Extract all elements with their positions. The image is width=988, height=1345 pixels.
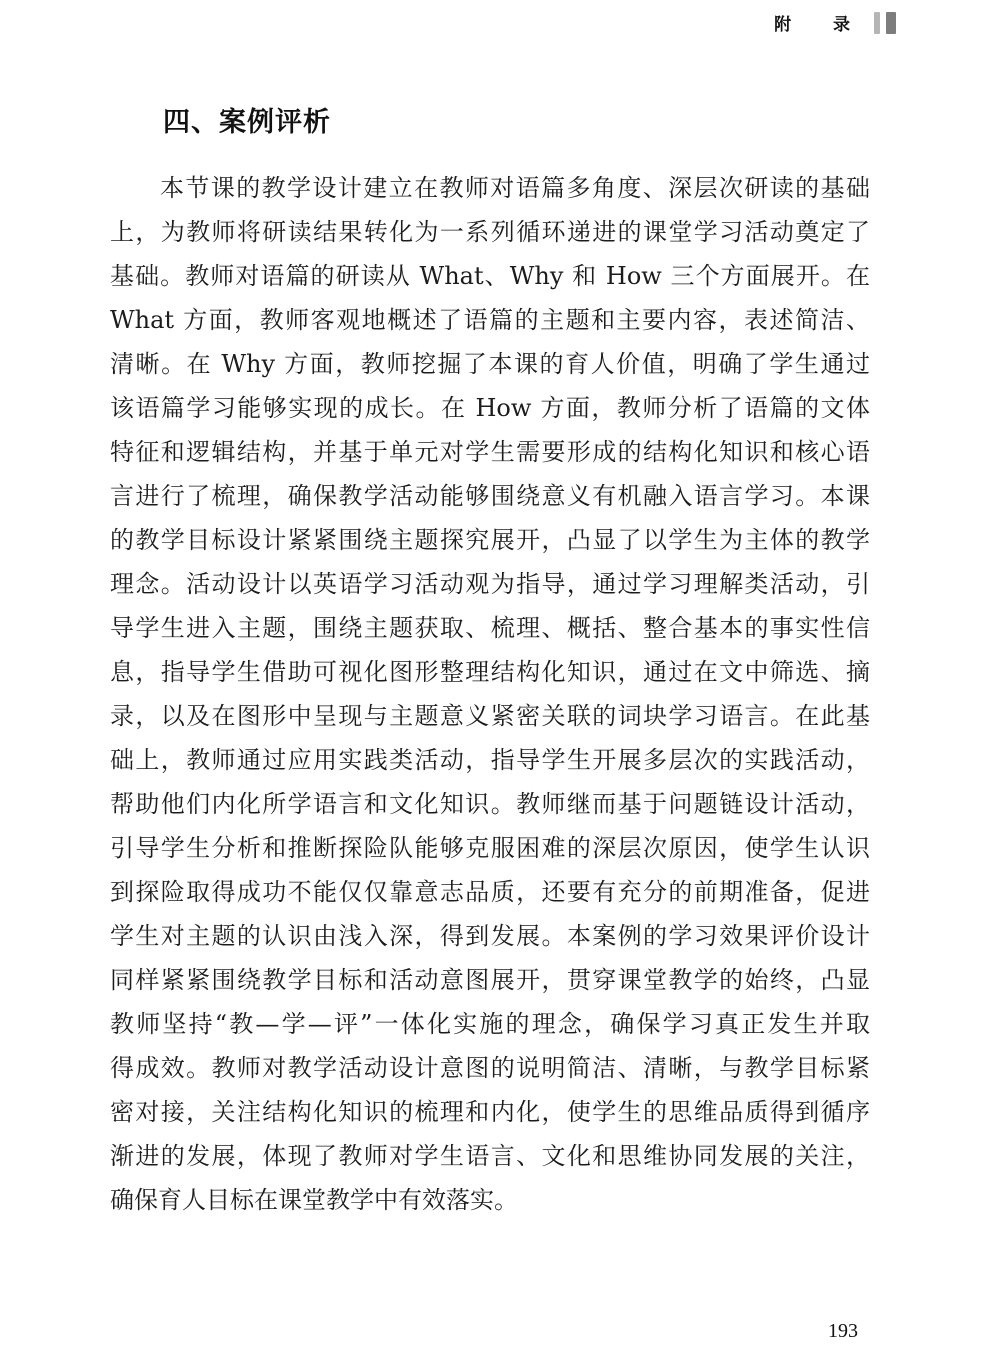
paragraph-line: 导学生进入主题，围绕主题获取、梳理、概括、整合基本的事实性信: [110, 606, 870, 650]
paragraph-line: 本节课的教学设计建立在教师对语篇多角度、深层次研读的基础: [110, 166, 870, 210]
section-title: 四、案例评析: [163, 100, 331, 139]
body-paragraph: 本节课的教学设计建立在教师对语篇多角度、深层次研读的基础 上，为教师将研读结果转…: [110, 166, 870, 1222]
paragraph-line: 帮助他们内化所学语言和文化知识。教师继而基于问题链设计活动，: [110, 782, 870, 826]
paragraph-line: 同样紧紧围绕教学目标和活动意图展开，贯穿课堂教学的始终，凸显: [110, 958, 870, 1002]
paragraph-line: 教师坚持“教—学—评”一体化实施的理念，确保学习真正发生并取: [110, 1002, 870, 1046]
paragraph-line: 清晰。在 Why 方面，教师挖掘了本课的育人价值，明确了学生通过: [110, 342, 870, 386]
page-number: 193: [828, 1320, 858, 1343]
paragraph-line: 确保育人目标在课堂教学中有效落实。: [110, 1178, 870, 1222]
paragraph-line: 该语篇学习能够实现的成长。在 How 方面，教师分析了语篇的文体: [110, 386, 870, 430]
paragraph-line: 基础。教师对语篇的研读从 What、Why 和 How 三个方面展开。在: [110, 254, 870, 298]
paragraph-line: What 方面，教师客观地概述了语篇的主题和主要内容，表述简洁、: [110, 298, 870, 342]
paragraph-line: 础上，教师通过应用实践类活动，指导学生开展多层次的实践活动，: [110, 738, 870, 782]
paragraph-line: 得成效。教师对教学活动设计意图的说明简洁、清晰，与教学目标紧: [110, 1046, 870, 1090]
running-header-title: 附 录: [774, 10, 868, 35]
paragraph-line: 言进行了梳理，确保教学活动能够围绕意义有机融入语言学习。本课: [110, 474, 870, 518]
header-bar-decoration-light: [874, 12, 880, 34]
paragraph-line: 上，为教师将研读结果转化为一系列循环递进的课堂学习活动奠定了: [110, 210, 870, 254]
paragraph-line: 学生对主题的认识由浅入深，得到发展。本案例的学习效果评价设计: [110, 914, 870, 958]
paragraph-line: 理念。活动设计以英语学习活动观为指导，通过学习理解类活动，引: [110, 562, 870, 606]
paragraph-line: 特征和逻辑结构，并基于单元对学生需要形成的结构化知识和核心语: [110, 430, 870, 474]
header-bar-decoration-dark: [886, 12, 896, 34]
paragraph-line: 的教学目标设计紧紧围绕主题探究展开，凸显了以学生为主体的教学: [110, 518, 870, 562]
paragraph-line: 到探险取得成功不能仅仅靠意志品质，还要有充分的前期准备，促进: [110, 870, 870, 914]
paragraph-line: 密对接，关注结构化知识的梳理和内化，使学生的思维品质得到循序: [110, 1090, 870, 1134]
paragraph-line: 引导学生分析和推断探险队能够克服困难的深层次原因，使学生认识: [110, 826, 870, 870]
paragraph-line: 录，以及在图形中呈现与主题意义紧密关联的词块学习语言。在此基: [110, 694, 870, 738]
running-header: 附 录: [774, 10, 896, 35]
paragraph-line: 渐进的发展，体现了教师对学生语言、文化和思维协同发展的关注，: [110, 1134, 870, 1178]
paragraph-line: 息，指导学生借助可视化图形整理结构化知识，通过在文中筛选、摘: [110, 650, 870, 694]
